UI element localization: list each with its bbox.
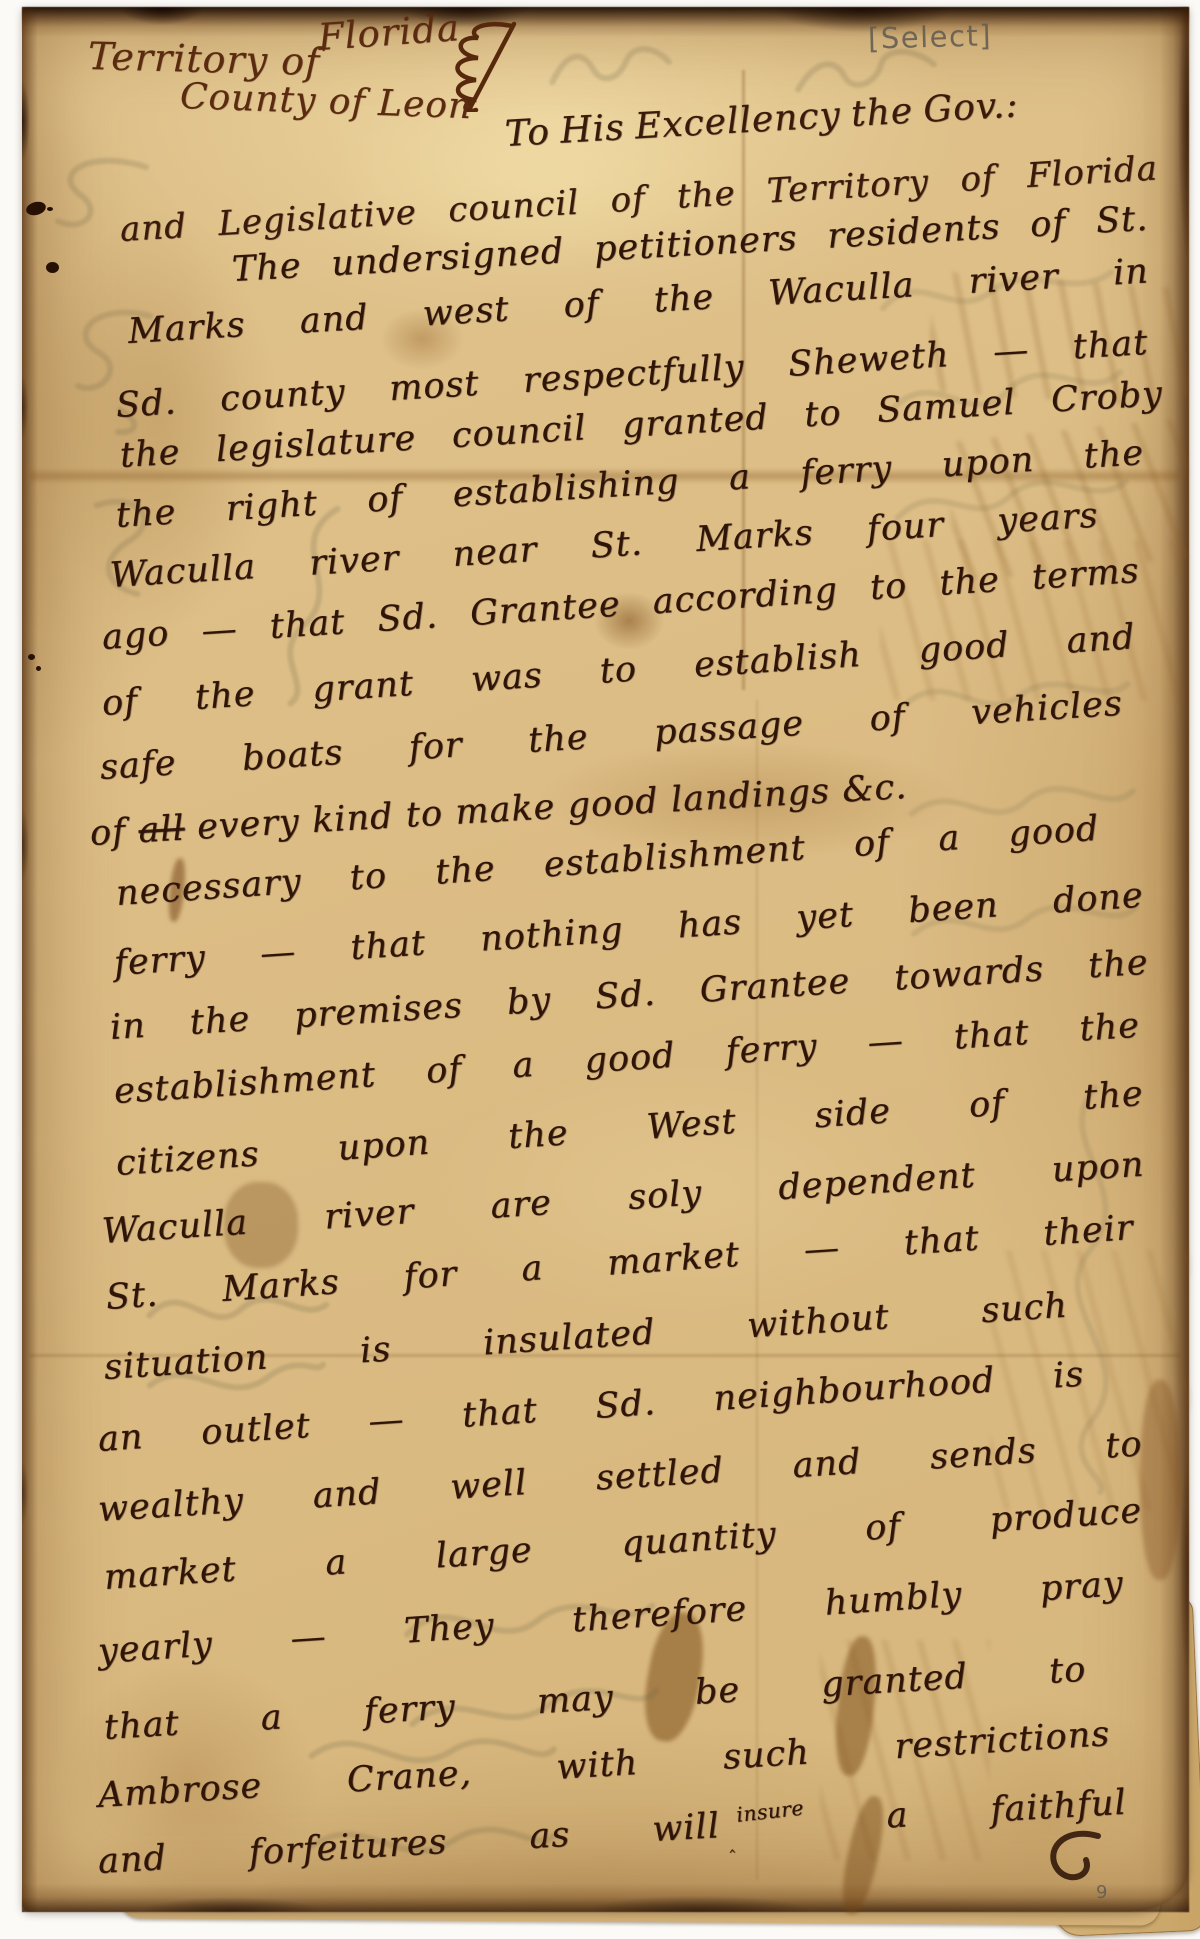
ink-blot [28, 654, 35, 660]
ink-mark [1040, 1826, 1110, 1886]
ink-blot [36, 666, 41, 671]
ink-blot [46, 262, 59, 273]
document-scan: Territory of Florida County of Leon To H… [0, 0, 1200, 1939]
ink-blot [47, 207, 53, 211]
manuscript-text: of [89, 811, 140, 854]
pencil-select-annotation: [Select] [868, 18, 993, 55]
caret-mark: ‸ [728, 1833, 736, 1853]
struck-word: all [137, 809, 185, 852]
page-number-annotation: 9 [1096, 1882, 1107, 1903]
